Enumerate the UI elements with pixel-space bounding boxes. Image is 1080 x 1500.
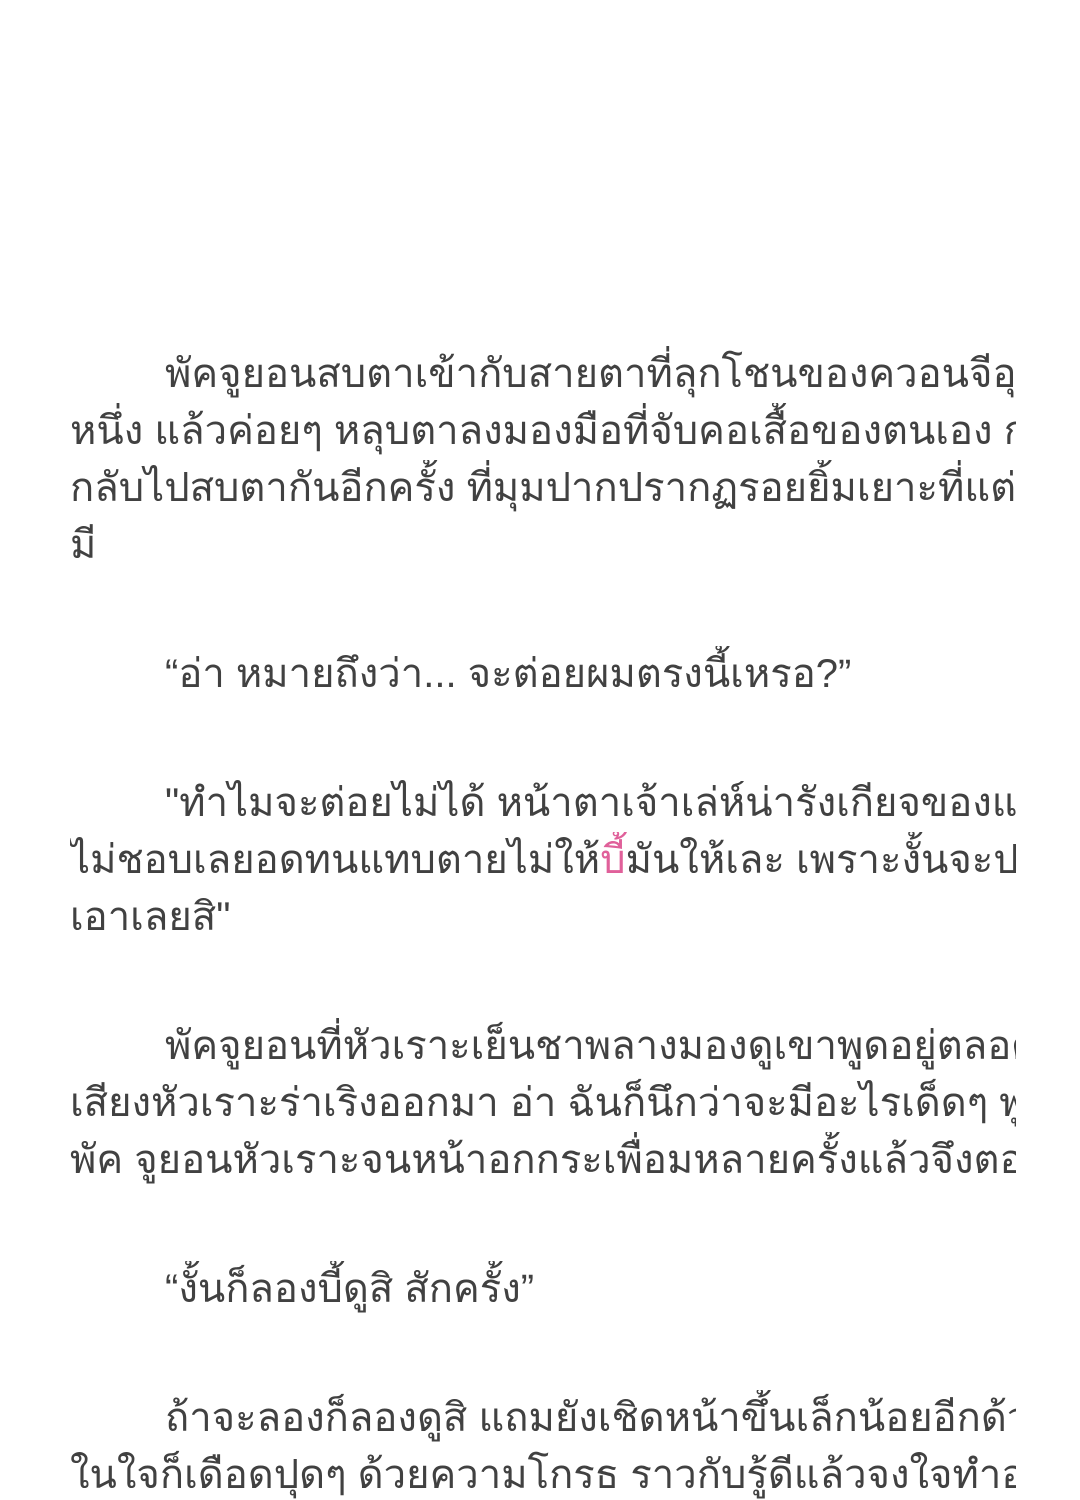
text-line: กลับไปสบตากันอีกครั้ง ที่มุมปากปรากฏรอยย… (70, 460, 1016, 517)
text-line: หนึ่ง แล้วค่อยๆ หลุบตาลงมองมือที่จับคอเส… (70, 403, 1016, 460)
text-line: พัคจูยอนที่หัวเราะเย็นชาพลางมองดูเขาพูดอ… (70, 1018, 1016, 1075)
text-segment: ถ้าจะลองก็ลองดูสิ แถมยังเชิดหน้าขึ้นเล็ก… (165, 1396, 1016, 1440)
text-segment: พัคจูยอนสบตาเข้ากับสายตาที่ลุกโชนของควอน… (165, 352, 1016, 396)
text-segment: มี (70, 523, 96, 567)
paragraph-narration-2: พัคจูยอนที่หัวเราะเย็นชาพลางมองดูเขาพูดอ… (70, 1018, 1016, 1189)
highlighted-word: บี้ (600, 838, 625, 882)
text-segment: เสียงหัวเราะร่าเริงออกมา อ่า ฉันก็นึกว่า… (70, 1081, 1016, 1125)
text-segment: มันให้เละ เพราะงั้นจะปากดีอีกก็ (626, 838, 1016, 882)
text-line: “งั้นก็ลองบี้ดูสิ สักครั้ง” (70, 1261, 1016, 1318)
paragraph-narration-3: ถ้าจะลองก็ลองดูสิ แถมยังเชิดหน้าขึ้นเล็ก… (70, 1390, 1016, 1500)
text-segment: “งั้นก็ลองบี้ดูสิ สักครั้ง” (165, 1267, 534, 1311)
text-line: “อ่า หมายถึงว่า... จะต่อยผมตรงนี้เหรอ?” (70, 646, 1016, 703)
text-line: พัค จูยอนหัวเราะจนหน้าอกกระเพื่อมหลายครั… (70, 1132, 1016, 1189)
text-segment: หนึ่ง แล้วค่อยๆ หลุบตาลงมองมือที่จับคอเส… (70, 409, 1016, 453)
text-line: พัคจูยอนสบตาเข้ากับสายตาที่ลุกโชนของควอน… (70, 346, 1016, 403)
paragraph-dialogue-1: “อ่า หมายถึงว่า... จะต่อยผมตรงนี้เหรอ?” (70, 646, 1016, 703)
text-line: เสียงหัวเราะร่าเริงออกมา อ่า ฉันก็นึกว่า… (70, 1075, 1016, 1132)
text-segment: “อ่า หมายถึงว่า... จะต่อยผมตรงนี้เหรอ?” (165, 652, 851, 696)
text-line: ถ้าจะลองก็ลองดูสิ แถมยังเชิดหน้าขึ้นเล็ก… (70, 1390, 1016, 1447)
novel-text-content: พัคจูยอนสบตาเข้ากับสายตาที่ลุกโชนของควอน… (70, 346, 1016, 1500)
paragraph-narration-1: พัคจูยอนสบตาเข้ากับสายตาที่ลุกโชนของควอน… (70, 346, 1016, 574)
text-line: ในใจก็เดือดปุดๆ ด้วยความโกรธ ราวกับรู้ดี… (70, 1447, 1016, 1500)
text-segment: กลับไปสบตากันอีกครั้ง ที่มุมปากปรากฏรอยย… (70, 466, 1016, 510)
text-segment: ไม่ชอบเลยอดทนแทบตายไม่ให้ (70, 838, 600, 882)
text-line: ไม่ชอบเลยอดทนแทบตายไม่ให้บี้มันให้เละ เพ… (70, 832, 1016, 889)
text-segment: เอาเลยสิ" (70, 895, 230, 939)
text-segment: พัค จูยอนหัวเราะจนหน้าอกกระเพื่อมหลายครั… (70, 1138, 1016, 1182)
text-segment: "ทำไมจะต่อยไม่ได้ หน้าตาเจ้าเล่ห์น่ารังเ… (165, 781, 1016, 825)
text-line: มี (70, 517, 1016, 574)
paragraph-dialogue-3: “งั้นก็ลองบี้ดูสิ สักครั้ง” (70, 1261, 1016, 1318)
text-line: "ทำไมจะต่อยไม่ได้ หน้าตาเจ้าเล่ห์น่ารังเ… (70, 775, 1016, 832)
text-line: เอาเลยสิ" (70, 889, 1016, 946)
reader-page: พัคจูยอนสบตาเข้ากับสายตาที่ลุกโชนของควอน… (0, 0, 1080, 1500)
text-segment: ในใจก็เดือดปุดๆ ด้วยความโกรธ ราวกับรู้ดี… (70, 1453, 1016, 1497)
text-segment: พัคจูยอนที่หัวเราะเย็นชาพลางมองดูเขาพูดอ… (165, 1024, 1016, 1068)
paragraph-dialogue-2: "ทำไมจะต่อยไม่ได้ หน้าตาเจ้าเล่ห์น่ารังเ… (70, 775, 1016, 946)
